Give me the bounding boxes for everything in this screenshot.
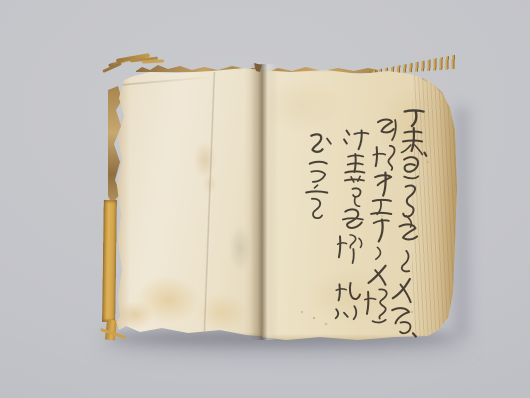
left-page: [116, 64, 262, 340]
calligraphy-ink: [295, 93, 440, 338]
calligraphy-column-4: [305, 134, 331, 219]
page-crease-vertical: [203, 72, 216, 334]
cover-strip-yellow: [102, 200, 117, 322]
cast-shadow-right: [455, 106, 468, 338]
calligraphy-column-1: [391, 110, 429, 337]
calligraphy-column-2: [364, 119, 397, 323]
book-gutter: [250, 64, 276, 340]
photo-scene: [0, 0, 530, 398]
calligraphy-column-3: [334, 129, 369, 319]
frayed-thread: [142, 59, 164, 63]
page-crease-corner: [118, 76, 214, 86]
